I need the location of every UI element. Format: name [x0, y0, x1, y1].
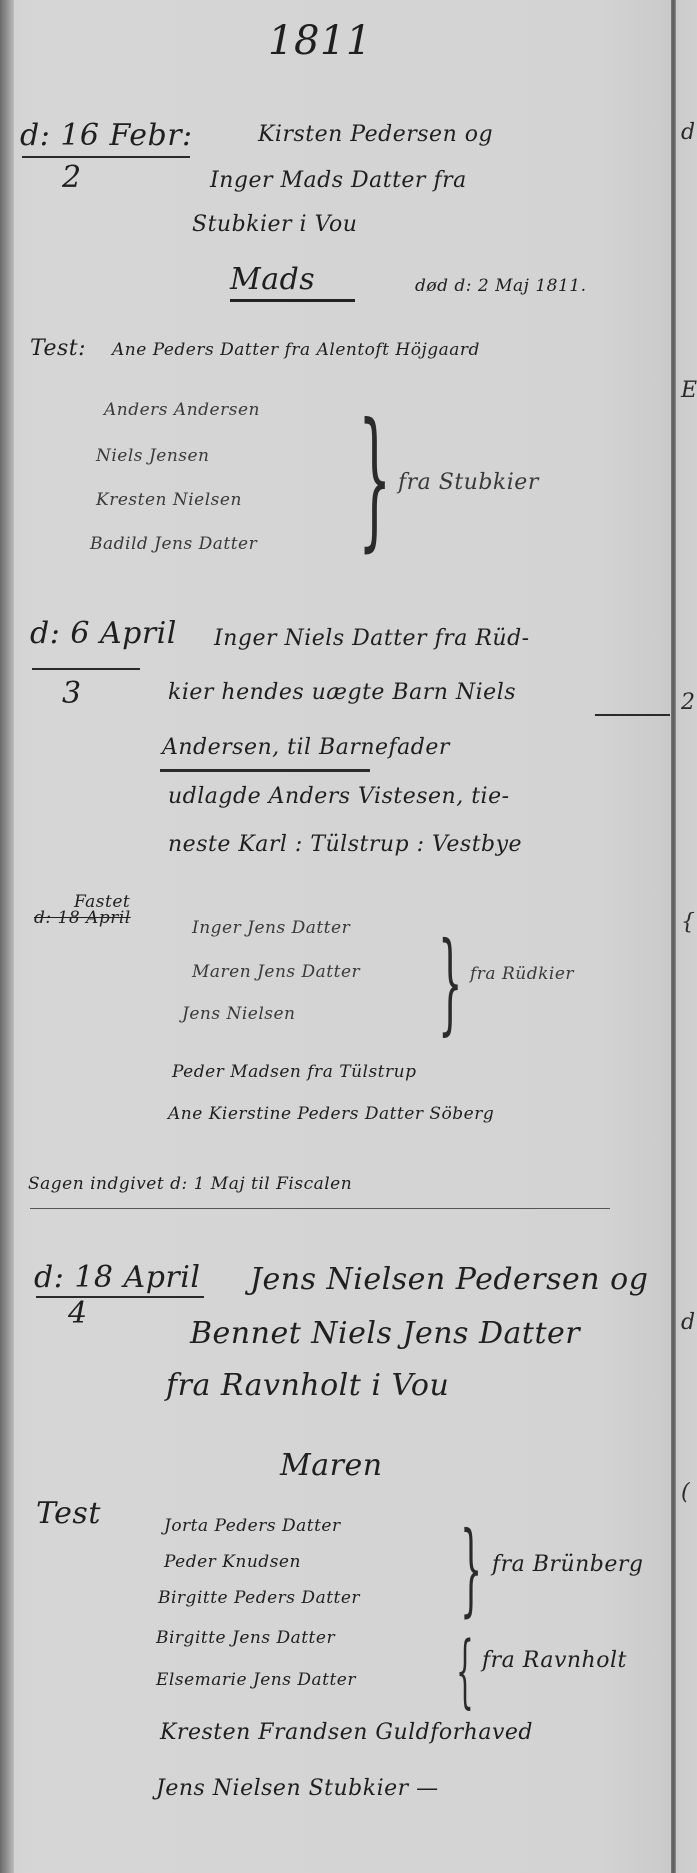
entry-2-death-note: død d: 2 Maj 1811. [415, 276, 587, 296]
entry-3-date-underline [32, 668, 140, 670]
entry-4-residence: fra Ravnholt i Vou [166, 1368, 449, 1403]
entry-4-child-name: Maren [280, 1448, 383, 1483]
entry-3-line-5: neste Karl : Tülstrup : Vestbye [168, 832, 522, 857]
entry-4-witness: Elsemarie Jens Datter [156, 1670, 356, 1690]
book-binding-shadow [0, 0, 14, 1873]
entry-4-extra-witness: Jens Nielsen Stubkier — [156, 1776, 439, 1801]
entry-4-witness: Birgitte Jens Datter [156, 1628, 335, 1648]
entry-3-witness-place: fra Rüdkier [470, 964, 574, 984]
entry-3-date: d: 6 April [30, 616, 177, 651]
register-page: 1811 d: 16 Febr: 2 Kirsten Pedersen og I… [0, 0, 697, 1873]
witness-brace: { [456, 1624, 474, 1717]
margin-fragment: d [681, 120, 695, 145]
witness-brace: } [438, 918, 463, 1046]
entry-3-witness: Maren Jens Datter [192, 962, 360, 982]
entry-2-parents-line-2: Inger Mads Datter fra [210, 168, 467, 193]
entry-3-extra-witness: Peder Madsen fra Tülstrup [172, 1062, 416, 1082]
entry-4-witness-place-2: fra Ravnholt [482, 1648, 627, 1673]
margin-fragment: { [681, 910, 695, 935]
entry-3-extra-witness: Ane Kierstine Peders Datter Söberg [168, 1104, 494, 1124]
entry-4-number: 4 [68, 1296, 88, 1331]
column-rule [671, 0, 676, 1873]
entry-2-witness: Niels Jensen [96, 446, 210, 466]
name-underline [160, 769, 370, 772]
entry-4-witness: Jorta Peders Datter [164, 1516, 341, 1536]
entry-4-parents-line-2: Bennet Niels Jens Datter [190, 1316, 580, 1351]
entry-4-witness-place-1: fra Brünberg [492, 1552, 644, 1577]
year-heading: 1811 [268, 18, 372, 64]
entry-4-parents-line-1: Jens Nielsen Pedersen og [250, 1262, 648, 1297]
entry-2-witness-place: fra Stubkier [398, 470, 539, 495]
entry-4-witness: Peder Knudsen [164, 1552, 301, 1572]
entry-4-witness-heading: Test [36, 1496, 101, 1531]
entry-2-child-name: Mads [230, 262, 355, 302]
entry-4-date-underline [36, 1296, 204, 1298]
witness-brace: } [358, 392, 391, 566]
entry-2-witness: Badild Jens Datter [90, 534, 257, 554]
entry-4-date: d: 18 April [34, 1260, 200, 1295]
margin-fragment: ( [681, 1480, 690, 1505]
entry-3-line-4: udlagde Anders Vistesen, tie- [168, 784, 510, 809]
entry-3-line-2: kier hendes uægte Barn Niels [168, 680, 516, 705]
entry-4-extra-witness: Kresten Frandsen Guldforhaved [160, 1720, 533, 1745]
entry-2-date: d: 16 Febr: [20, 118, 193, 153]
margin-fragment: 2 [681, 690, 695, 715]
entry-2-first-witness: Ane Peders Datter fra Alentoft Höjgaard [112, 340, 480, 360]
section-divider [30, 1208, 610, 1209]
margin-fragment: d [681, 1310, 695, 1335]
entry-2-witness: Kresten Nielsen [96, 490, 242, 510]
entry-3-line-1: Inger Niels Datter fra Rüd- [214, 626, 530, 651]
entry-3-overwrite: Fastet [74, 892, 130, 912]
witness-brace: } [460, 1510, 482, 1627]
entry-3-number: 3 [62, 676, 82, 711]
entry-3-witness: Jens Nielsen [182, 1004, 296, 1024]
entry-2-number: 2 [62, 160, 82, 195]
entry-3-witness: Inger Jens Datter [192, 918, 350, 938]
entry-3-footnote: Sagen indgivet d: 1 Maj til Fiscalen [28, 1174, 352, 1194]
entry-2-residence: Stubkier i Vou [192, 212, 357, 237]
entry-2-witness: Anders Andersen [104, 400, 260, 420]
entry-4-witness: Birgitte Peders Datter [158, 1588, 360, 1608]
name-underline [595, 714, 670, 716]
entry-3-line-3: Andersen, til Barnefader [162, 735, 450, 760]
entry-2-witness-heading: Test: [30, 336, 86, 361]
entry-2-parents-line-1: Kirsten Pedersen og [258, 122, 493, 147]
margin-fragment: E [681, 378, 697, 403]
entry-2-date-underline [22, 156, 190, 158]
